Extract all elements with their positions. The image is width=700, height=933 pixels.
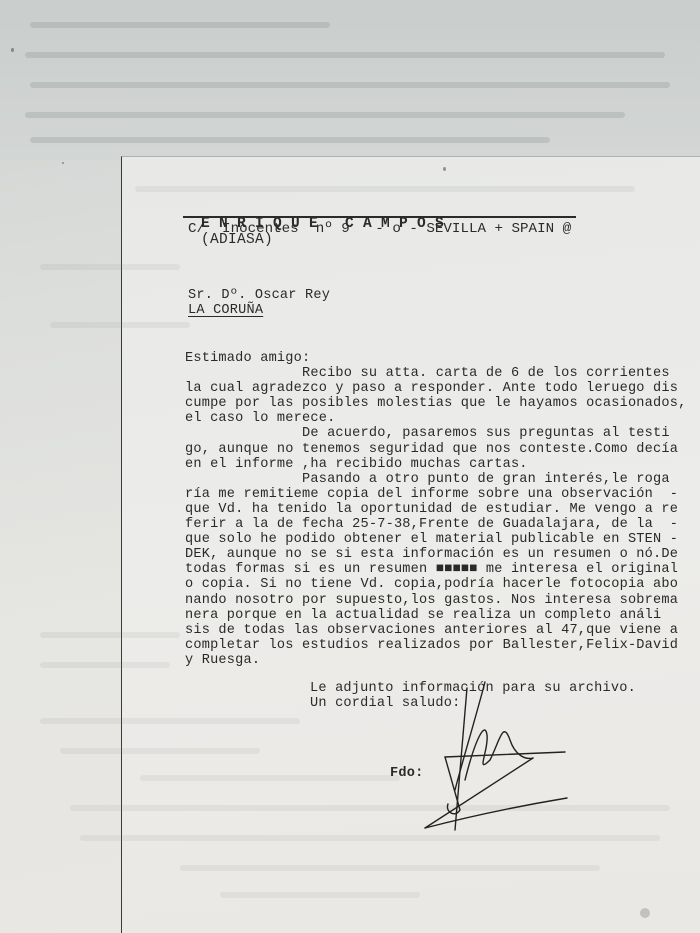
body-line: ferir a la de fecha 25-7-38,Frente de Gu… (185, 518, 678, 532)
body-line: Pasando a otro punto de gran interés,le … (185, 473, 670, 487)
body-line: Recibo su atta. carta de 6 de los corrie… (185, 367, 670, 381)
bleed-through-line (140, 775, 400, 781)
body-line: todas formas si es un resumen ■■■■■ me i… (185, 563, 678, 577)
bleed-through-line (40, 718, 300, 724)
body-line: ría me remitieme copia del informe sobre… (185, 488, 678, 502)
body-line: nando nosotro por supuesto,los gastos. N… (185, 594, 678, 608)
ghost-text-line (25, 112, 625, 118)
body-line: en el informe ,ha recibido muchas cartas… (185, 458, 528, 472)
body-line: De acuerdo, pasaremos sus preguntas al t… (185, 427, 670, 441)
ghost-text-line (30, 22, 330, 28)
bleed-through-line (50, 322, 190, 328)
ghost-text-line (30, 137, 550, 143)
ghost-text-line (30, 82, 670, 88)
body-line: el caso lo merece. (185, 412, 335, 426)
body-line: y Ruesga. (185, 654, 260, 668)
recipient-city: LA CORUÑA (188, 304, 263, 318)
paper-speck (640, 908, 650, 918)
bleed-through-line (180, 865, 600, 871)
body-line: que solo he podido obtener el material p… (185, 533, 678, 547)
signature-mark (415, 680, 595, 850)
body-line: sis de todas las observaciones anteriore… (185, 624, 678, 638)
body-line: completar los estudios realizados por Ba… (185, 639, 678, 653)
bleed-through-line (40, 662, 170, 668)
recipient-name: Sr. Dº. Oscar Rey (188, 289, 330, 303)
bleed-through-line (40, 264, 180, 270)
body-line: que Vd. ha tenido la oportunidad de estu… (185, 503, 678, 517)
bleed-through-line (60, 748, 260, 754)
salutation: Estimado amigo: (185, 352, 310, 366)
letterhead-rule (183, 216, 576, 218)
paper-speck (62, 162, 64, 164)
body-line: la cual agradezco y paso a responder. An… (185, 382, 678, 396)
letterhead-address: C/ Inocentes nº 9 - o - SEVILLA + SPAIN … (188, 221, 571, 237)
body-line: DEK, aunque no se si esta información es… (185, 548, 678, 562)
bleed-through-line (40, 632, 180, 638)
bleed-through-line (220, 892, 420, 898)
body-line: go, aunque no tenemos seguridad que nos … (185, 443, 678, 457)
body-line: cumpe por las posibles molestias que le … (185, 397, 686, 411)
body-line: o copia. Si no tiene Vd. copia,podría ha… (185, 578, 678, 592)
ghost-text-line (25, 52, 665, 58)
paper-speck (443, 167, 446, 171)
paper-speck (11, 48, 14, 52)
body-line: nera porque en la actualidad se realiza … (185, 609, 661, 623)
bleed-through-line (135, 186, 635, 192)
